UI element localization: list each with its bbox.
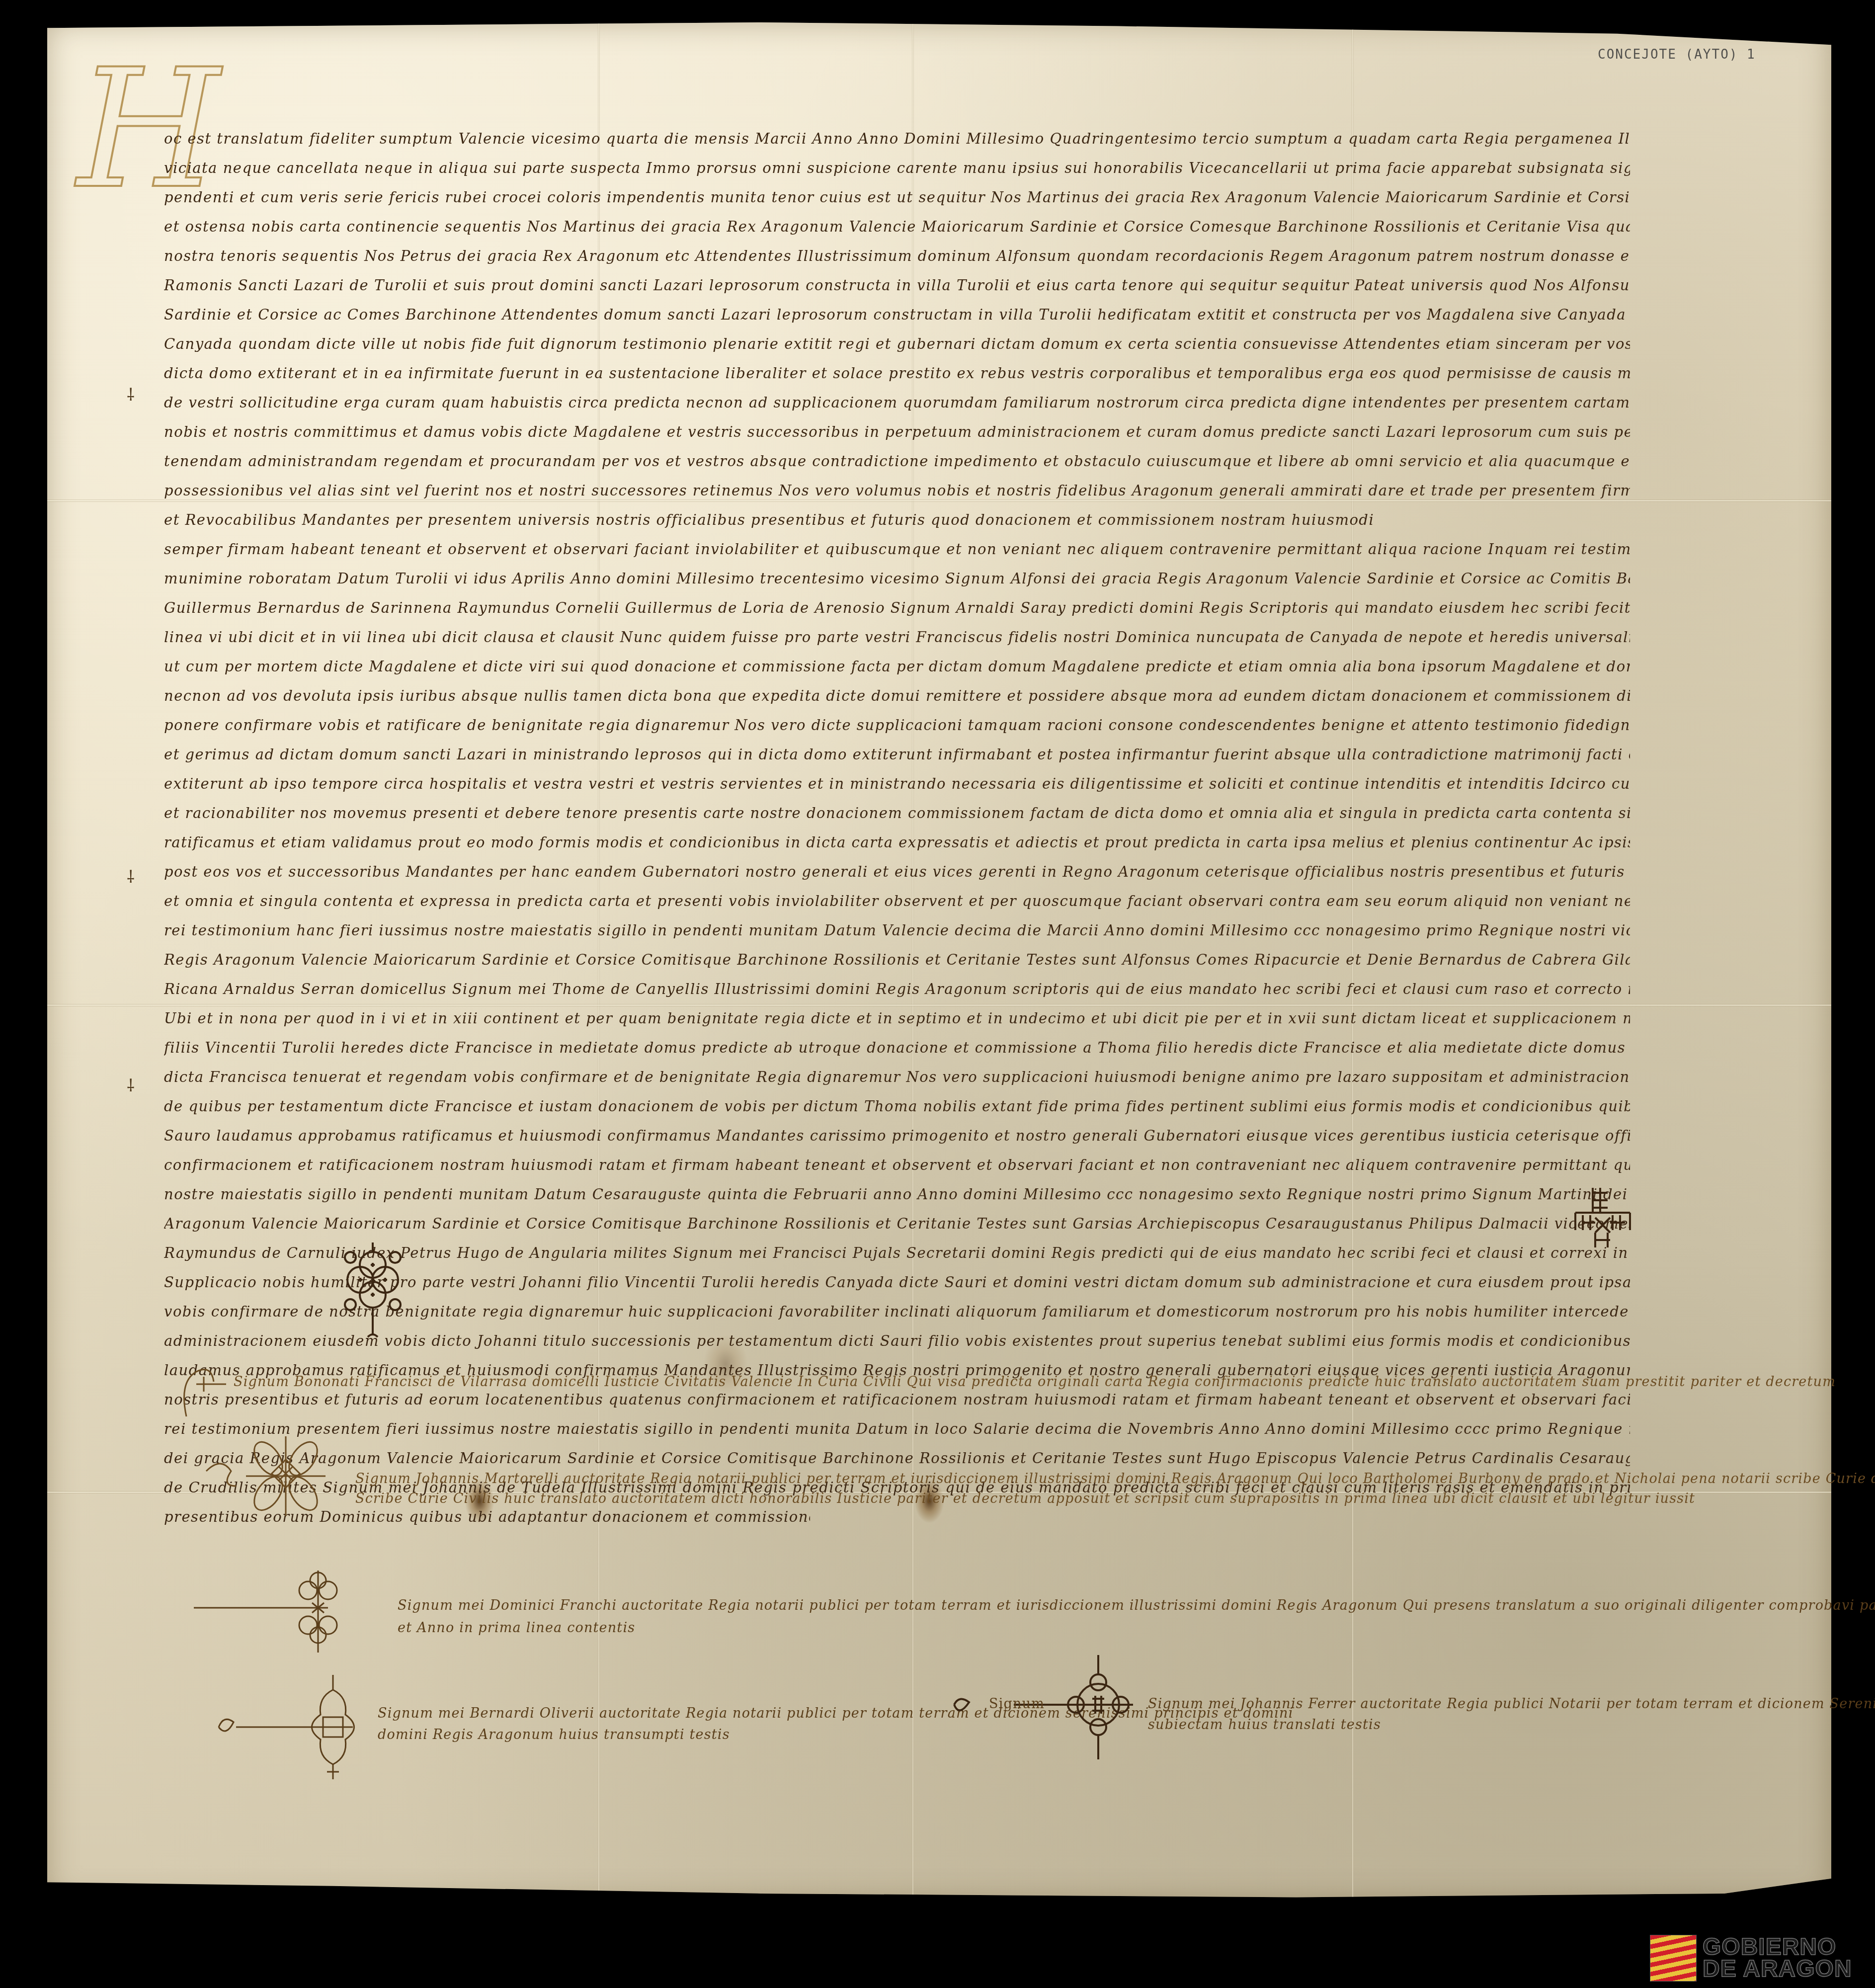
subscription-text: Signum Bononati Francisci de Vilarrasa d… xyxy=(234,1374,1836,1390)
charter-text-line: Ricana Arnaldus Serran domicellus Signum… xyxy=(164,975,1630,1004)
charter-text-line: linea vi ubi dicit et in vii linea ubi d… xyxy=(164,623,1630,652)
charter-text-line: viciata neque cancellata neque in aliqua… xyxy=(164,154,1630,183)
aragon-flag-icon xyxy=(1650,1935,1697,1982)
royal-notary-sign xyxy=(1565,1183,1640,1252)
charter-text-line: Regis Aragonum Valencie Maioricarum Sard… xyxy=(164,945,1630,975)
subscription-text: domini Regis Aragonum huius transumpti t… xyxy=(378,1727,730,1742)
charter-text-line: filiis Vincentii Turolii heredes dicte F… xyxy=(164,1033,1630,1063)
charter-text-line: post eos vos et successoribus Mandantes … xyxy=(164,857,1630,887)
charter-text-line: de vestri sollicitudine erga curam quam … xyxy=(164,388,1630,417)
charter-text-line: nostre maiestatis sigillo in pendenti mu… xyxy=(164,1180,1630,1209)
charter-text-line: ponere confirmare vobis et ratificare de… xyxy=(164,711,1630,740)
charter-text-line: oc est translatum fideliter sumptum Vale… xyxy=(164,124,1630,154)
notary-sign-hook xyxy=(176,1362,231,1421)
charter-text-line: et racionabiliter nos movemus presenti e… xyxy=(164,799,1630,828)
margin-cross-mark: ⸸ xyxy=(127,865,135,888)
charter-text-line: et gerimus ad dictam domum sancti Lazari… xyxy=(164,740,1630,769)
charter-text-line: confirmacionem et ratificacionem nostram… xyxy=(164,1151,1630,1180)
charter-text-line: et ostensa nobis carta continencie seque… xyxy=(164,212,1630,242)
archive-label: CONCEJOTE (AYTO) 1 xyxy=(1598,47,1756,62)
illuminated-initial: H xyxy=(77,47,166,211)
notary-sign-rosette xyxy=(338,1242,408,1342)
charter-text-line: Canyada quondam dicte ville ut nobis fid… xyxy=(164,330,1630,359)
subscription-text: Signum mei Dominici Franchi auctoritate … xyxy=(398,1598,1875,1613)
charter-text-line: dei gracia Regis Aragonum Valencie Maior… xyxy=(164,1444,1630,1473)
charter-text-line: rei testimonium presentem fieri iussimus… xyxy=(164,1414,1630,1444)
subscription-text: Signum mei Johannis Ferrer auctoritate R… xyxy=(1148,1696,1875,1712)
charter-text-line: necnon ad vos devoluta ipsis iuribus abs… xyxy=(164,681,1630,711)
signum-label: Signum xyxy=(989,1696,1045,1712)
charter-text-line: dicta domo extiterant et in ea infirmita… xyxy=(164,359,1630,388)
charter-text-line: de quibus per testamentum dicte Francisc… xyxy=(164,1092,1630,1121)
subscription-text: Scribe Curie Civilis huic translato auct… xyxy=(355,1491,1695,1506)
charter-text-line: Sardinie et Corsice ac Comes Barchinone … xyxy=(164,300,1630,330)
margin-cross-mark: ⸸ xyxy=(127,383,135,406)
charter-text-line: tenendam administrandam regendam et proc… xyxy=(164,447,1630,476)
charter-text-line: ut cum per mortem dicte Magdalene et dic… xyxy=(164,652,1630,681)
charter-text-line: Aragonum Valencie Maioricarum Sardinie e… xyxy=(164,1209,1630,1239)
charter-text-line: rei testimonium hanc fieri iussimus nost… xyxy=(164,916,1630,945)
subscription-text: Signum Johannis Martorelli auctoritate R… xyxy=(355,1471,1875,1487)
charter-text-line: ratificamus et etiam validamus prout eo … xyxy=(164,828,1630,857)
subscription-text: subiectam huius translati testis xyxy=(1148,1717,1381,1733)
notary-sign-knot xyxy=(189,1566,358,1655)
gobierno-de-aragon-watermark: GOBIERNO DE ARAGON xyxy=(1650,1933,1869,1983)
charter-text-line: Ubi et in nona per quod in i vi et in xi… xyxy=(164,1004,1630,1033)
charter-text-line: nostra tenoris sequentis Nos Petrus dei … xyxy=(164,242,1630,271)
charter-text-line: Guillermus Bernardus de Sarinnena Raymun… xyxy=(164,593,1630,623)
notary-sign-quatrefoil xyxy=(201,1436,350,1521)
charter-text-line: pendenti et cum veris serie fericis rube… xyxy=(164,183,1630,212)
charter-text-line: semper firmam habeant teneant et observe… xyxy=(164,535,1630,564)
margin-cross-mark: ⸸ xyxy=(127,1074,135,1096)
charter-text-line: possessionibus vel alias sint vel fuerin… xyxy=(164,476,1630,505)
charter-text-line: nobis et nostris committimus et damus vo… xyxy=(164,417,1630,447)
charter-text-line: munimine roboratam Datum Turolii vi idus… xyxy=(164,564,1630,593)
charter-text-line: et omnia et singula contenta et expressa… xyxy=(164,887,1630,916)
charter-text-line: Sauro laudamus approbamus ratificamus et… xyxy=(164,1121,1630,1151)
notary-sign-cross-frame xyxy=(214,1675,373,1779)
logo-line-1: GOBIERNO xyxy=(1703,1936,1852,1958)
charter-text-line: dicta Francisca tenuerat et regendam vob… xyxy=(164,1063,1630,1092)
charter-text-line: et Revocabilibus Mandantes per presentem… xyxy=(164,505,1630,535)
charter-text-line: extiterunt ab ipso tempore circa hospita… xyxy=(164,769,1630,799)
charter-text-line: Ramonis Sancti Lazari de Turolii et suis… xyxy=(164,271,1630,300)
notary-sign-lobed-rosette xyxy=(949,1655,1148,1759)
subscription-text: et Anno in prima linea contentis xyxy=(398,1620,635,1636)
logo-line-2: DE ARAGON xyxy=(1703,1958,1852,1980)
